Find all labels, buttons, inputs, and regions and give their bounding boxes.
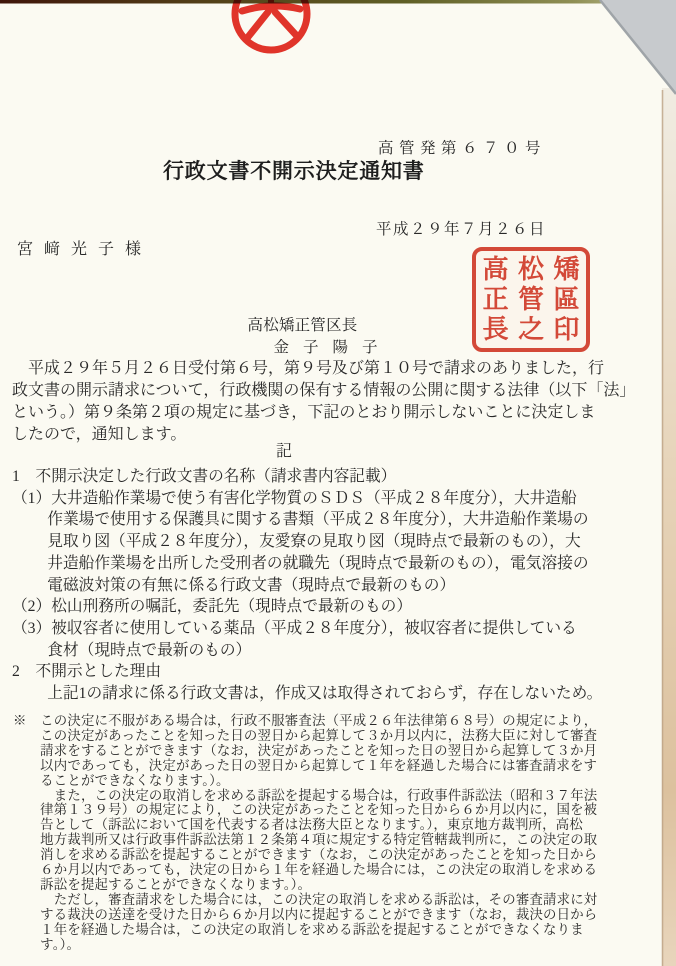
text-line: 訴訟を提起することができなくなります。）。 <box>13 878 663 893</box>
text-line: 以内であっても，決定があった日の翌日から起算して１年を経過した場合には審査請求を… <box>13 759 663 774</box>
text-line: １年を経過した場合は，この決定の取消しを求める訴訟を提起することができなくなりま <box>13 923 663 938</box>
text-line: する裁決の送達を受けた日から６か月以内に提起することができます（なお，裁決の日か… <box>13 908 663 923</box>
document-title: 行政文書不開示決定通知書 <box>163 155 425 185</box>
text-line: 2 不開示とした理由 <box>12 661 660 683</box>
text-line: 平成２９年５月２６日受付第６号，第９号及び第１０号で請求のありました，行 <box>12 358 660 380</box>
appeal-rights-note: ※ この決定に不服がある場合は，行政不服審査法（平成２６年法律第６８号）の規定に… <box>13 714 663 953</box>
text-line: 高正長 <box>482 255 509 345</box>
text-line: 政文書の開示請求について，行政機関の保有する情報の公開に関する法律（以下「法」 <box>12 380 660 402</box>
text-line: （1）大井造船作業場で使う有害化学物質のＳＤＳ（平成２８年度分），大井造船 <box>12 488 660 510</box>
text-line: す。）。 <box>13 938 663 953</box>
text-line: 地方裁判所又は行政事件訴訟法第１２条第４項に規定する特定管轄裁判所に，この決定の… <box>13 833 663 848</box>
ki-marker: 記 <box>276 438 292 461</box>
addressee-name: 宮﨑光子様 <box>17 236 152 259</box>
document-date: 平成２９年７月２６日 <box>376 216 546 243</box>
cut-corner-background <box>600 0 676 94</box>
right-page-edge <box>662 88 676 966</box>
opening-paragraph: 平成２９年５月２６日受付第６号，第９号及び第１０号で請求のありました，行政文書の… <box>12 358 660 446</box>
sender-office: 高松矯正管区長 <box>248 317 358 334</box>
text-line: 作業場で使用する保護具に関する書類（平成２８年度分），大井造船作業場の <box>12 509 660 531</box>
text-line: 消しを求める訴訟を提起することができます（なお，この決定があったことを知った日か… <box>13 848 663 863</box>
text-line: ６か月以内であっても，決定の日から１年を経過した場合には，この決定の取消しを求め… <box>13 863 663 878</box>
top-scan-edge <box>0 0 676 4</box>
scanned-notice-document: 高管発第６７０号 平成２９年７月２６日 行政文書不開示決定通知書 宮﨑光子様 高… <box>0 0 676 966</box>
text-line: という。）第９条第２項の規定に基づき，下記のとおり開示しないことに決定しま <box>12 402 660 424</box>
text-line: ることができなくなります。）。 <box>13 774 663 789</box>
text-line: 上記1の請求に係る行政文書は，作成又は取得されておらず，存在しないため。 <box>12 683 660 705</box>
text-line: （2）松山刑務所の嘱託，委託先（現時点で最新のもの） <box>12 596 660 618</box>
text-line: 告として（訴訟において国を代表する者は法務大臣となります。），東京地方裁判所，高… <box>13 818 663 833</box>
text-line: 松管之 <box>517 255 544 345</box>
round-stamp-icon <box>228 0 314 62</box>
text-line: 食材（現時点で最新のもの） <box>12 640 660 662</box>
text-line: ただし，審査請求をした場合には，この決定の取消しを求める訴訟は，その審査請求に対 <box>13 893 663 908</box>
text-line: （3）被収容者に使用している薬品（平成２８年度分），被収容者に提供している <box>12 618 660 640</box>
text-line: この決定があったことを知った日の翌日から起算して３か月以内に，法務大臣に対して審… <box>13 729 663 744</box>
official-square-seal-stamp: 高正長松管之矯區印 <box>472 247 590 352</box>
text-line: ※ この決定に不服がある場合は，行政不服審査法（平成２６年法律第６８号）の規定に… <box>13 714 663 729</box>
text-line: 見取り図（平成２８年度分），友愛寮の見取り図（現時点で最新のもの），大 <box>12 531 660 553</box>
text-line: したので，通知します。 <box>12 424 660 446</box>
sender-name: 金子陽子 <box>274 339 392 356</box>
text-line: 電磁波対策の有無に係る行政文書（現時点で最新のもの） <box>12 575 660 597</box>
text-line: 1 不開示決定した行政文書の名称（請求書内容記載） <box>12 466 660 488</box>
text-line: 井造船作業場を出所した受刑者の就職先（現時点で最新のもの），電気溶接の <box>12 553 660 575</box>
text-line: 請求をすることができます（なお，決定があったことを知った日の翌日から起算して３か… <box>13 744 663 759</box>
decision-sections: 1 不開示決定した行政文書の名称（請求書内容記載）（1）大井造船作業場で使う有害… <box>12 466 660 705</box>
text-line: 矯區印 <box>553 255 580 345</box>
